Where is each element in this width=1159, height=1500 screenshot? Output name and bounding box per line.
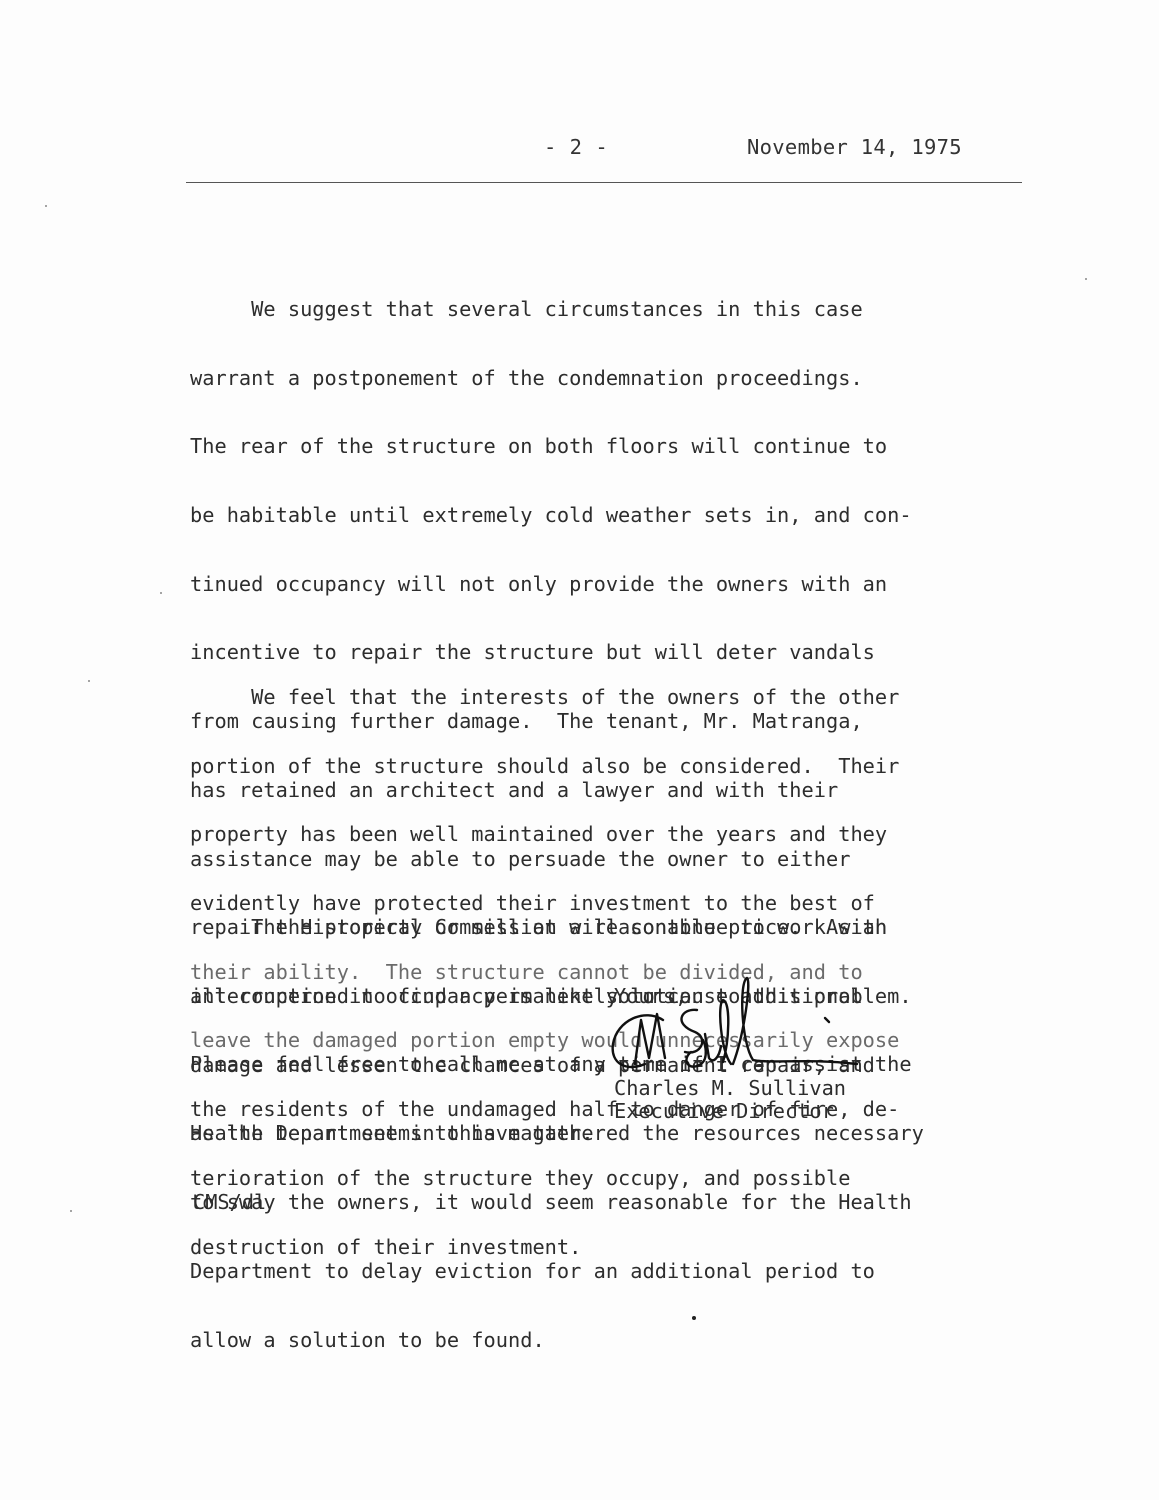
text-line: property has been well maintained over t… — [190, 823, 1030, 846]
scan-speck — [70, 1210, 72, 1212]
header-divider — [186, 182, 1022, 183]
letter-date: November 14, 1975 — [747, 135, 962, 159]
page-number: - 2 - — [544, 135, 608, 159]
text-line: The rear of the structure on both floors… — [190, 435, 1030, 458]
text-line: portion of the structure should also be … — [190, 755, 1030, 778]
text-line: allow a solution to be found. — [190, 1329, 1030, 1352]
scan-speck — [160, 592, 162, 594]
letter-page: - 2 - November 14, 1975 We suggest that … — [0, 0, 1159, 1500]
text-line: We suggest that several circumstances in… — [190, 298, 1030, 321]
text-line: tinued occupancy will not only provide t… — [190, 573, 1030, 596]
text-line: warrant a postponement of the condemnati… — [190, 367, 1030, 390]
scan-speck — [692, 1316, 696, 1320]
text-line: Health Department in this matter. — [190, 1122, 1030, 1145]
reference-initials: CMS/dl — [193, 1190, 266, 1214]
text-line: The Historical Commission will continue … — [190, 916, 1030, 939]
signer-name: Charles M. Sullivan — [614, 1076, 846, 1100]
text-line: We feel that the interests of the owners… — [190, 686, 1030, 709]
text-line: destruction of their investment. — [190, 1236, 1030, 1259]
signer-title: Executive Director — [614, 1099, 834, 1123]
scan-speck — [45, 205, 47, 207]
scan-speck — [88, 680, 90, 682]
signature-icon — [605, 972, 895, 1082]
text-line: be habitable until extremely cold weathe… — [190, 504, 1030, 527]
page-header: - 2 - November 14, 1975 — [0, 133, 1159, 167]
scan-speck — [1085, 278, 1087, 280]
